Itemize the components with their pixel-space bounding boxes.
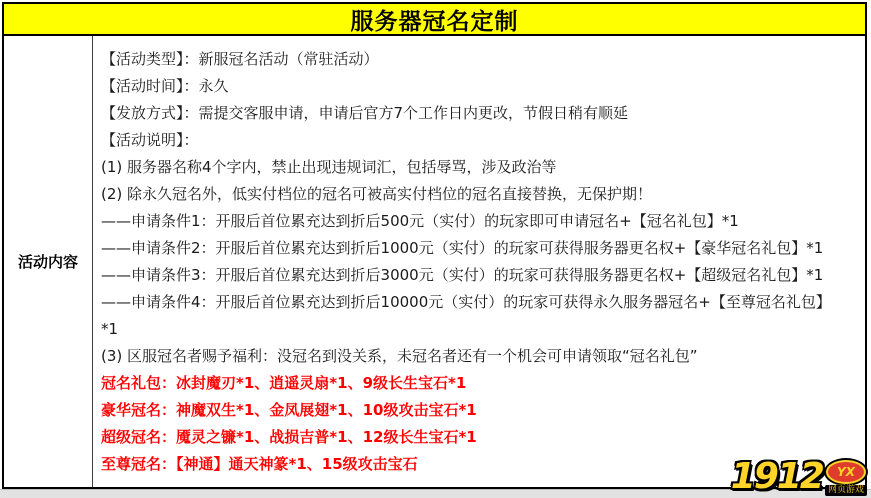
content-cell: 【活动类型】：新服冠名活动（常驻活动） 【活动时间】：永久 【发放方式】：需提交… (93, 36, 865, 487)
activity-table: 服务器冠名定制 活动内容 【活动类型】：新服冠名活动（常驻活动） 【活动时间】：… (2, 2, 867, 489)
table-header: 服务器冠名定制 (4, 4, 865, 36)
content-line: ——申请条件1：开服后首位累充达到折后500元（实付）的玩家即可申请冠名+【冠名… (101, 208, 857, 235)
content-line: 冠名礼包：冰封魔刃*1、逍遥灵扇*1、9级长生宝石*1 (101, 370, 857, 397)
content-line: ——申请条件2：开服后首位累充达到折后1000元（实付）的玩家可获得服务器更名权… (101, 235, 857, 262)
content-line: 超级冠名：魇灵之镰*1、战损吉普*1、12级长生宝石*1 (101, 424, 857, 451)
page-title: 服务器冠名定制 (351, 3, 519, 36)
content-line: 豪华冠名：神魔双生*1、金凤展翅*1、10级攻击宝石*1 (101, 397, 857, 424)
content-line: (3) 区服冠名者赐予福利：没冠名到没关系，未冠名者还有一个机会可申请领取“冠名… (101, 343, 857, 370)
content-line: (2) 除永久冠名外，低实付档位的冠名可被高实付档位的冠名直接替换，无保护期！ (101, 181, 857, 208)
content-line: 【活动类型】：新服冠名活动（常驻活动） (101, 46, 857, 73)
content-line: 【发放方式】：需提交客服申请，申请后官方7个工作日内更改，节假日稍有顺延 (101, 100, 857, 127)
content-line: (1) 服务器名称4个字内，禁止出现违规词汇，包括辱骂，涉及政治等 (101, 154, 857, 181)
table-body-row: 活动内容 【活动类型】：新服冠名活动（常驻活动） 【活动时间】：永久 【发放方式… (4, 36, 865, 487)
content-line: 【活动时间】：永久 (101, 73, 857, 100)
page-bottom-strip (0, 489, 871, 498)
content-line: 至尊冠名：【神通】通天神篆*1、15级攻击宝石 (101, 451, 857, 478)
content-line: *1 (101, 316, 857, 343)
row-header-label: 活动内容 (18, 251, 78, 272)
content-line: ——申请条件4：开服后首位累充达到折后10000元（实付）的玩家可获得永久服务器… (101, 289, 857, 316)
row-header-cell: 活动内容 (4, 36, 93, 487)
content-line: ——申请条件3：开服后首位累充达到折后3000元（实付）的玩家可获得服务器更名权… (101, 262, 857, 289)
content-line: 【活动说明】： (101, 127, 857, 154)
